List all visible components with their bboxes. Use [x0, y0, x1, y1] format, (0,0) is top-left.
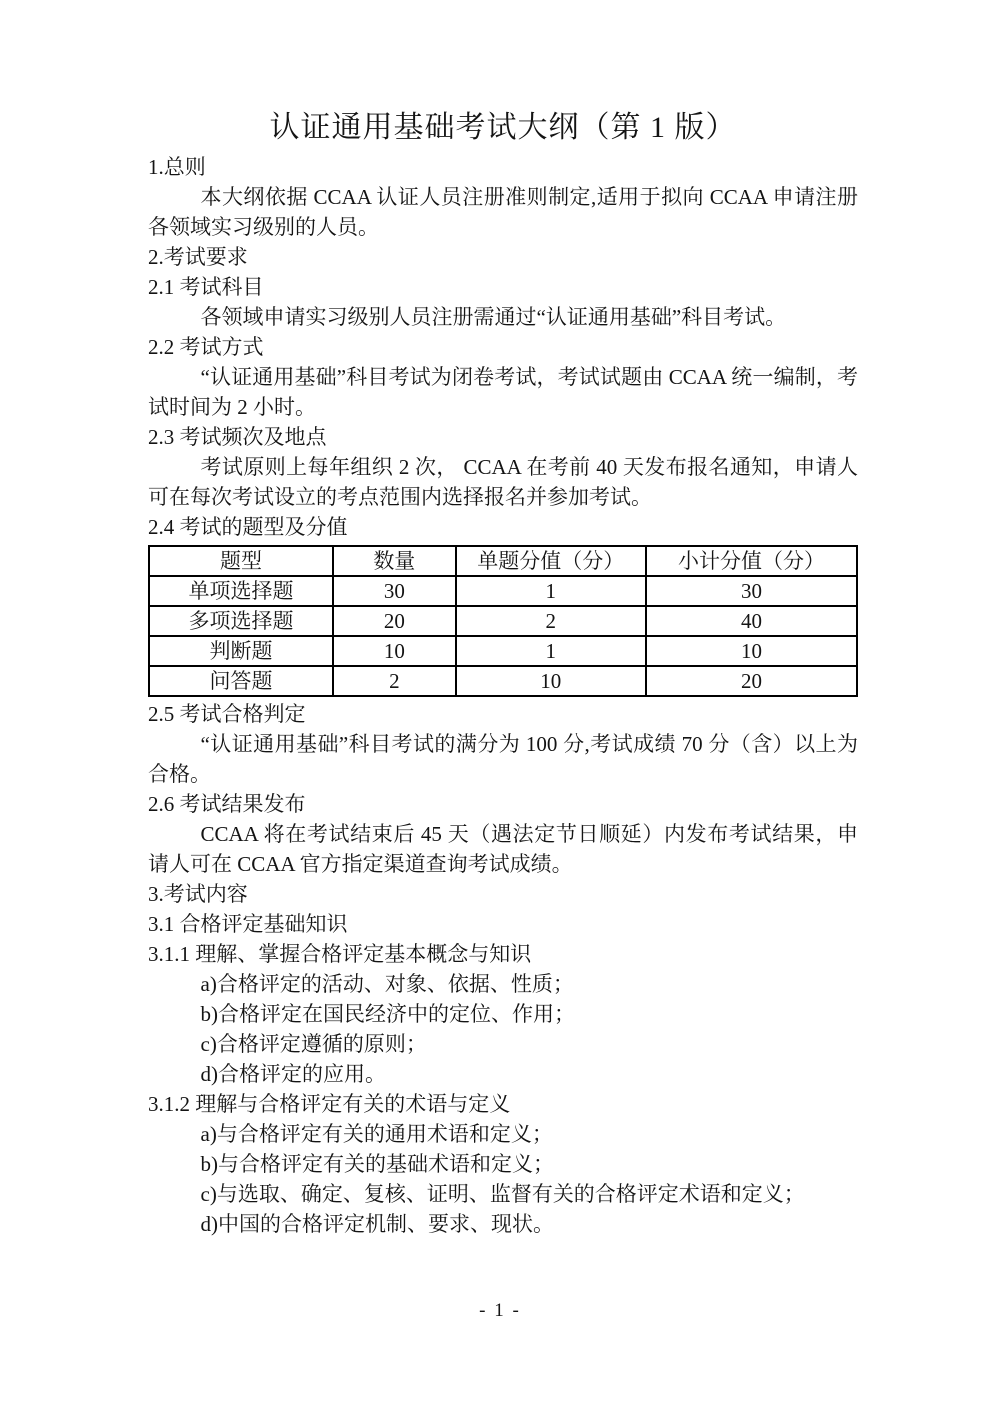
list-item: b)合格评定在国民经济中的定位、作用； [148, 999, 858, 1029]
paragraph: 各领域申请实习级别人员注册需通过“认证通用基础”科目考试。 [148, 302, 858, 332]
cell-question-type: 判断题 [149, 636, 333, 666]
document-title: 认证通用基础考试大纲（第 1 版） [148, 106, 858, 150]
list-item: a)合格评定的活动、对象、依据、性质； [148, 969, 858, 999]
section-heading: 1.总则 [148, 152, 858, 182]
table-row: 判断题 10 1 10 [149, 636, 857, 666]
list-item: c)与选取、确定、复核、证明、监督有关的合格评定术语和定义； [148, 1179, 858, 1209]
section-heading: 2.1 考试科目 [148, 272, 858, 302]
cell-score-each: 1 [456, 576, 646, 606]
table-header-question-type: 题型 [149, 546, 333, 576]
table-row: 问答题 2 10 20 [149, 666, 857, 696]
paragraph: 考试原则上每年组织 2 次， CCAA 在考前 40 天发布报名通知，申请人可在… [148, 452, 858, 512]
cell-score-each: 10 [456, 666, 646, 696]
cell-count: 10 [333, 636, 455, 666]
cell-question-type: 多项选择题 [149, 606, 333, 636]
paragraph: “认证通用基础”科目考试为闭卷考试，考试试题由 CCAA 统一编制，考试时间为 … [148, 362, 858, 422]
table-header-score-each: 单题分值（分） [456, 546, 646, 576]
table-header-row: 题型 数量 单题分值（分） 小计分值（分） [149, 546, 857, 576]
page-number: - 1 - [0, 1300, 1000, 1322]
cell-subtotal: 10 [646, 636, 857, 666]
cell-score-each: 1 [456, 636, 646, 666]
list-item: d)中国的合格评定机制、要求、现状。 [148, 1209, 858, 1239]
paragraph: “认证通用基础”科目考试的满分为 100 分,考试成绩 70 分（含）以上为合格… [148, 729, 858, 789]
section-heading: 2.考试要求 [148, 242, 858, 272]
cell-subtotal: 40 [646, 606, 857, 636]
cell-subtotal: 20 [646, 666, 857, 696]
list-item: a)与合格评定有关的通用术语和定义； [148, 1119, 858, 1149]
document-page: 认证通用基础考试大纲（第 1 版） 1.总则 本大纲依据 CCAA 认证人员注册… [0, 0, 1000, 1414]
cell-count: 2 [333, 666, 455, 696]
exam-score-table: 题型 数量 单题分值（分） 小计分值（分） 单项选择题 30 1 30 多项选择… [148, 545, 858, 697]
section-heading: 2.3 考试频次及地点 [148, 422, 858, 452]
table-header-subtotal: 小计分值（分） [646, 546, 857, 576]
list-item: c)合格评定遵循的原则； [148, 1029, 858, 1059]
section-heading: 2.6 考试结果发布 [148, 789, 858, 819]
paragraph: 本大纲依据 CCAA 认证人员注册准则制定,适用于拟向 CCAA 申请注册各领域… [148, 182, 858, 242]
cell-question-type: 问答题 [149, 666, 333, 696]
list-item: d)合格评定的应用。 [148, 1059, 858, 1089]
table-row: 单项选择题 30 1 30 [149, 576, 857, 606]
paragraph: CCAA 将在考试结束后 45 天（遇法定节日顺延）内发布考试结果，申请人可在 … [148, 819, 858, 879]
document-body: 1.总则 本大纲依据 CCAA 认证人员注册准则制定,适用于拟向 CCAA 申请… [148, 152, 858, 1239]
section-heading: 2.5 考试合格判定 [148, 699, 858, 729]
section-heading: 2.4 考试的题型及分值 [148, 512, 858, 542]
cell-question-type: 单项选择题 [149, 576, 333, 606]
cell-count: 30 [333, 576, 455, 606]
cell-count: 20 [333, 606, 455, 636]
list-item: b)与合格评定有关的基础术语和定义； [148, 1149, 858, 1179]
cell-score-each: 2 [456, 606, 646, 636]
section-heading: 3.1.1 理解、掌握合格评定基本概念与知识 [148, 939, 858, 969]
section-heading: 3.1.2 理解与合格评定有关的术语与定义 [148, 1089, 858, 1119]
section-heading: 3.1 合格评定基础知识 [148, 909, 858, 939]
table-header-count: 数量 [333, 546, 455, 576]
section-heading: 3.考试内容 [148, 879, 858, 909]
table-row: 多项选择题 20 2 40 [149, 606, 857, 636]
section-heading: 2.2 考试方式 [148, 332, 858, 362]
cell-subtotal: 30 [646, 576, 857, 606]
